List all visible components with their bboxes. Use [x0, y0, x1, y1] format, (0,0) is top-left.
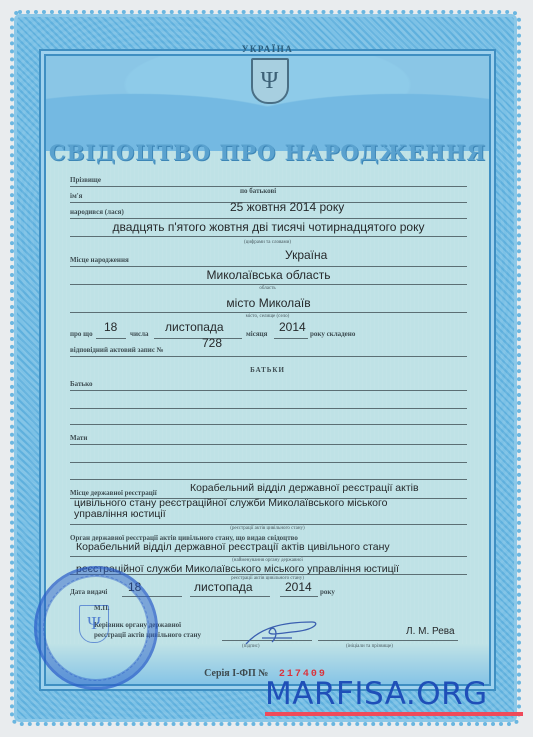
issue-year: 2014 — [285, 580, 312, 594]
watermark: MARFISA.ORG — [265, 676, 523, 716]
country-name: УКРАЇНА — [46, 44, 489, 54]
registration-place-line1: Корабельний відділ державної реєстрації … — [190, 482, 419, 494]
registration-place-label: Місце державної реєстрації — [70, 489, 157, 497]
record-number: 728 — [202, 336, 222, 350]
record-year: 2014 — [279, 320, 306, 334]
birthplace-region-row: Миколаївська область — [70, 272, 467, 285]
record-number-row: відповідний актовий запис № 728 — [70, 344, 467, 357]
birthplace-country: Україна — [285, 248, 327, 262]
record-row: про що 18 числа листопада місяця 2014 ро… — [70, 326, 467, 340]
mother-row: Мати — [70, 432, 467, 445]
birthplace-region: Миколаївська область — [70, 268, 467, 282]
mother-row-2 — [70, 450, 467, 463]
certificate-sheet: УКРАЇНА Ψ СВІДОЦТВО ПРО НАРОДЖЕННЯ Прізв… — [14, 14, 517, 722]
issue-year-label: року — [320, 588, 335, 596]
born-row: народився (лася) 25 жовтня 2014 року — [70, 206, 467, 219]
signature-scribble — [242, 618, 322, 648]
record-number-label: відповідний актовий запис № — [70, 346, 164, 354]
trident-icon: Ψ — [251, 58, 289, 104]
issue-month: листопада — [194, 580, 253, 594]
region-caption: область — [46, 286, 489, 291]
name-caption: (ініціали та прізвище) — [346, 644, 393, 649]
record-day: 18 — [104, 320, 117, 334]
city-caption: місто, селище (село) — [46, 314, 489, 319]
record-month: листопада — [165, 320, 224, 334]
birthplace-country-row: Місце народження Україна — [70, 254, 467, 267]
mother-row-3 — [70, 467, 467, 480]
registration-place-underline — [70, 512, 467, 525]
record-year-label: року складено — [310, 330, 355, 338]
birthplace-label: Місце народження — [70, 256, 129, 264]
registration-place-caption: (реєстрації актів цивільного стану) — [46, 526, 489, 531]
stamp-trident-icon: Ψ — [79, 605, 109, 643]
record-prefix: про що — [70, 330, 93, 338]
father-label: Батько — [70, 380, 93, 388]
patronymic-label: по батькові — [240, 187, 276, 195]
head-name: Л. М. Рева — [406, 626, 455, 637]
issuer-row-1: Корабельний відділ державної реєстрації … — [70, 544, 467, 557]
issuer-line1: Корабельний відділ державної реєстрації … — [76, 541, 390, 553]
record-month-label: місяця — [246, 330, 267, 338]
birth-date-words: двадцять п'ятого жовтня дві тисячі чотир… — [70, 220, 467, 234]
birth-date-digits: 25 жовтня 2014 року — [230, 200, 344, 214]
name-label: ім'я — [70, 192, 82, 200]
issuer-row-2: реєстраційної служби Миколаївського місь… — [70, 562, 467, 575]
birth-date-words-row: двадцять п'ятого жовтня дві тисячі чотир… — [70, 224, 467, 237]
birth-date-caption: (цифрами та словами) — [46, 240, 489, 245]
record-day-label: числа — [130, 330, 149, 338]
birthplace-city-row: місто Миколаїв — [70, 300, 467, 313]
mother-label: Мати — [70, 434, 87, 442]
parents-heading: БАТЬКИ — [46, 366, 489, 374]
series-label: Серія І-ФП № — [204, 668, 268, 679]
surname-row: Прізвище — [70, 174, 467, 187]
father-row-2 — [70, 396, 467, 409]
father-row-3 — [70, 412, 467, 425]
birthplace-city: місто Миколаїв — [70, 296, 467, 310]
father-row: Батько — [70, 378, 467, 391]
surname-label: Прізвище — [70, 176, 101, 184]
document-title: СВІДОЦТВО ПРО НАРОДЖЕННЯ — [46, 140, 489, 165]
born-label: народився (лася) — [70, 208, 124, 216]
